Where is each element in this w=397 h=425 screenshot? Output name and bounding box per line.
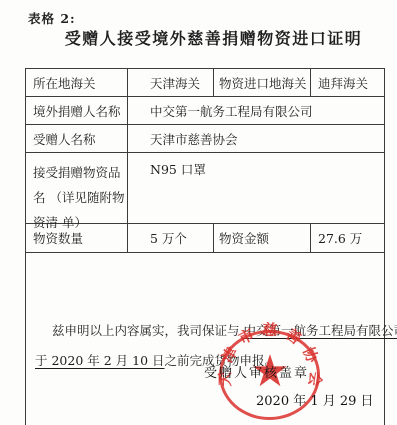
stamp-caption: 受赠人审核盖章: [204, 362, 309, 381]
value-overseas-donor: 中交第一航务工程局有限公司: [128, 97, 384, 125]
declaration-date-underlined: 于 2020 年 2 月 10 日: [35, 353, 165, 368]
table-number-label: 表格 2:: [28, 9, 76, 27]
label-recipient-name: 受赠人名称: [26, 125, 128, 153]
value-import-customs: 迪拜海关: [311, 69, 384, 97]
label-local-customs: 所在地海关: [26, 69, 128, 97]
document-title: 受赠人接受境外慈善捐赠物资进口证明: [30, 26, 397, 49]
value-recipient-name: 天津市慈善协会: [128, 125, 384, 153]
value-donated-goods: N95 口罩: [128, 153, 384, 224]
value-goods-quantity: 5 万个: [128, 224, 214, 253]
scanned-certificate-page: 表格 2: 受赠人接受境外慈善捐赠物资进口证明 所在地海关 天津海关 物资进口地…: [0, 0, 397, 425]
label-overseas-donor: 境外捐赠人名称: [26, 97, 128, 125]
stamp-date: 2020 年 1 月 29 日: [256, 390, 374, 409]
label-goods-quantity: 物资数量: [26, 224, 128, 253]
label-goods-amount: 物资金额: [214, 224, 311, 253]
label-import-customs: 物资进口地海关: [214, 69, 311, 97]
value-goods-amount: 27.6 万: [311, 224, 384, 253]
value-local-customs: 天津海关: [128, 69, 214, 97]
label-donated-goods: 接受捐赠物资品名 （详见随附物资清 单）: [26, 153, 128, 224]
